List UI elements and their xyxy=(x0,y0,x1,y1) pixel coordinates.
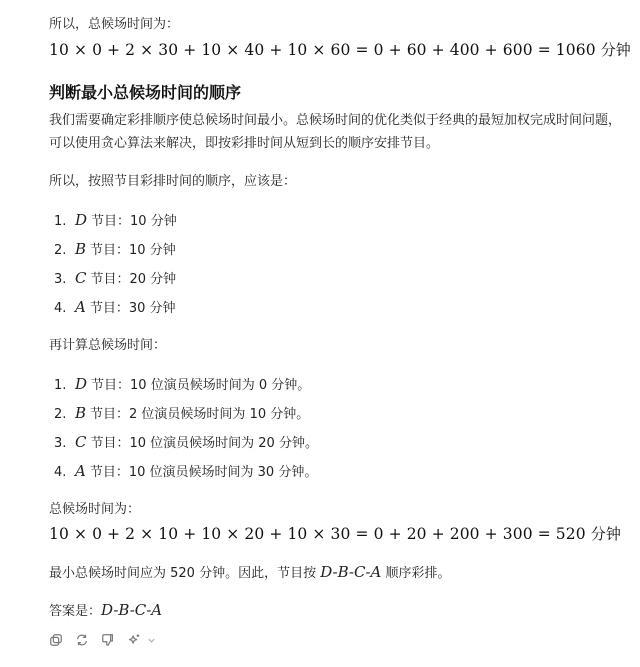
copy-icon[interactable] xyxy=(48,632,64,648)
recalc-item: 1.D节目：10 位演员候场时间为 0 分钟。 xyxy=(54,374,310,396)
recalc-item: 3.C节目：10 位演员候场时间为 20 分钟。 xyxy=(54,432,318,454)
order-item: 3.C节目：20 分钟 xyxy=(54,268,176,290)
explanation-line-2: 可以使用贪心算法来解决，即按彩排时间从短到长的顺序安排节目。 xyxy=(49,134,439,154)
regenerate-icon[interactable] xyxy=(74,632,90,648)
thumbs-down-icon[interactable] xyxy=(100,632,116,648)
order-item: 2.B节目：10 分钟 xyxy=(54,239,176,261)
conclusion-text: 最小总候场时间应为 520 分钟。因此，节目按 D-B-C-A 顺序彩排。 xyxy=(49,562,451,584)
chevron-down-icon[interactable] xyxy=(143,632,159,648)
order-intro: 所以，按照节目彩排时间的顺序，应该是： xyxy=(49,172,296,192)
recalc-intro: 再计算总候场时间： xyxy=(49,336,166,356)
recalc-item: 4.A节目：10 位演员候场时间为 30 分钟。 xyxy=(54,461,317,483)
explanation-line-1: 我们需要确定彩排顺序使总候场时间最小。总候场时间的优化类似于经典的最短加权完成时… xyxy=(49,111,621,131)
message-actions xyxy=(48,632,159,648)
answer-text: 答案是：D-B-C-A xyxy=(49,600,162,622)
recalc-item: 2.B节目：2 位演员候场时间为 10 分钟。 xyxy=(54,403,309,425)
order-item: 1.D节目：10 分钟 xyxy=(54,210,177,232)
total-label: 总候场时间为： xyxy=(49,500,140,520)
order-item: 4.A节目：30 分钟 xyxy=(54,297,176,319)
section-heading: 判断最小总候场时间的顺序 xyxy=(49,80,241,103)
formula-original: 10 × 0 + 2 × 30 + 10 × 40 + 10 × 60 = 0 … xyxy=(49,39,631,60)
intro-text: 所以，总候场时间为： xyxy=(49,15,179,35)
formula-optimal: 10 × 0 + 2 × 10 + 10 × 20 + 10 × 30 = 0 … xyxy=(49,523,621,544)
sparkle-icon[interactable] xyxy=(126,632,142,648)
